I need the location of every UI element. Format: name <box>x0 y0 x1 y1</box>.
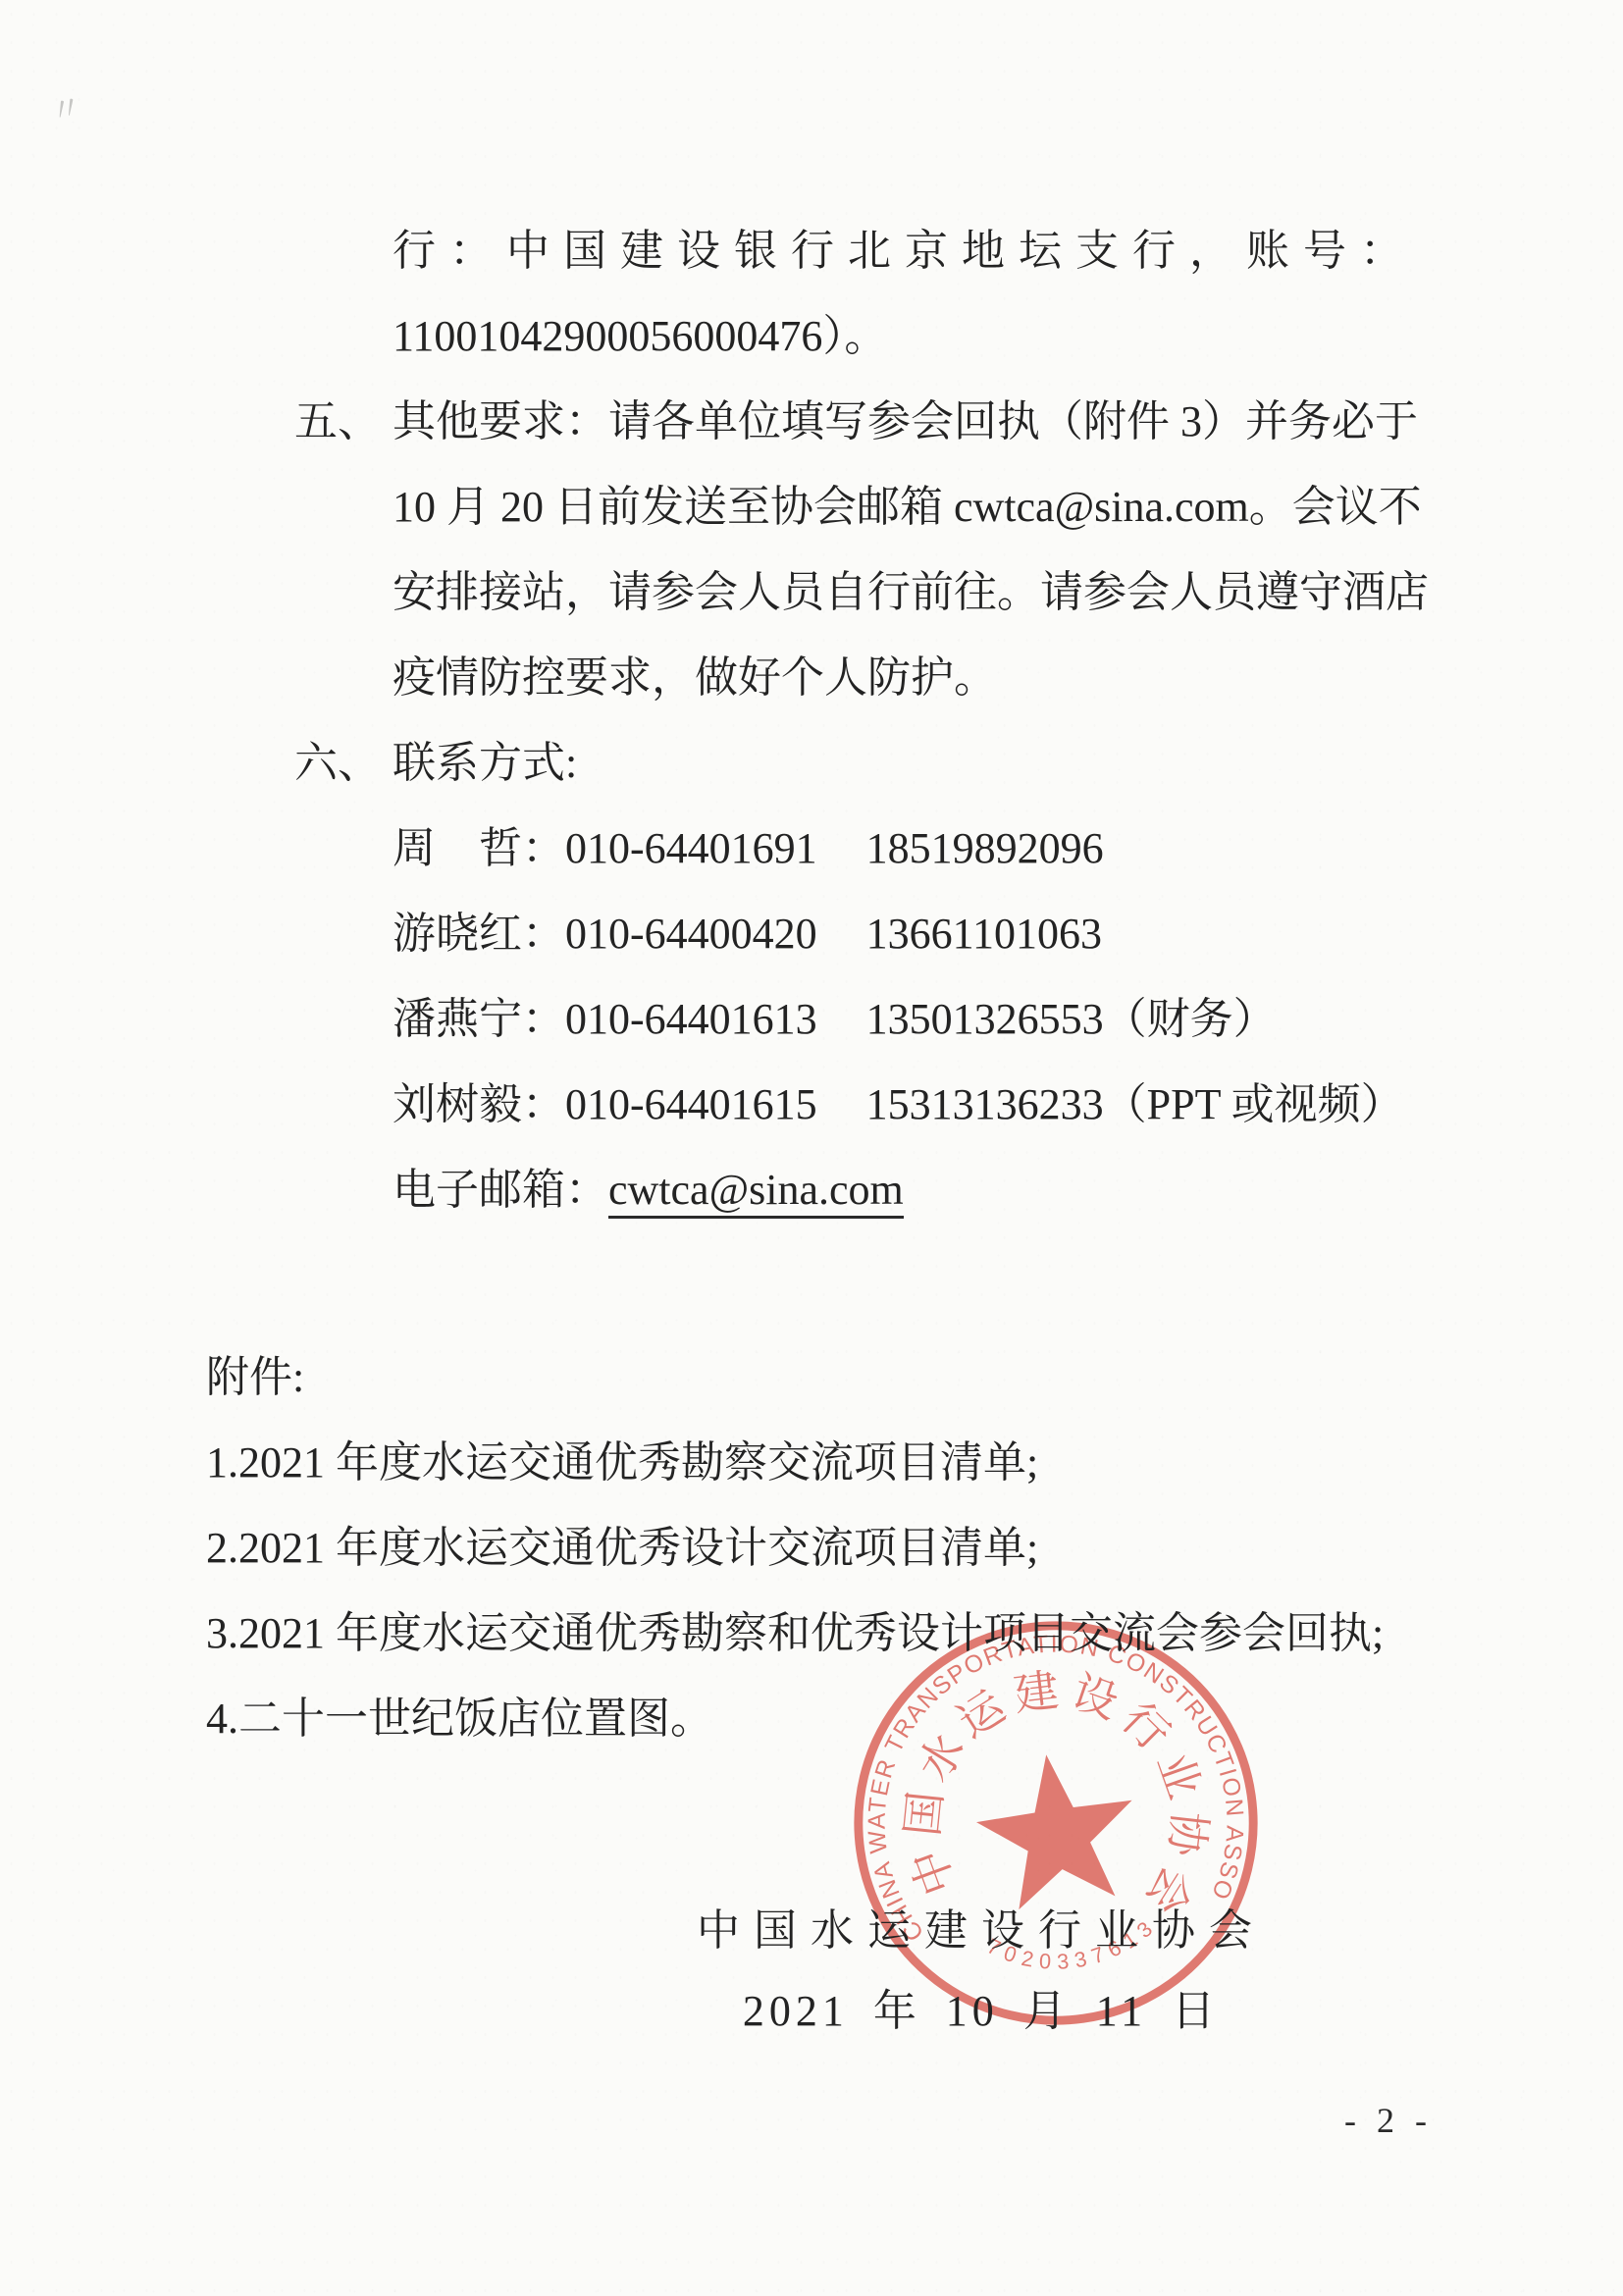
contact-row: 刘树毅：010-6440161515313136233（PPT 或视频） <box>206 1062 1433 1147</box>
contact-name: 潘燕宁： <box>393 995 565 1043</box>
contact-name: 刘树毅： <box>393 1080 565 1128</box>
contact-mobile: 18519892096 <box>866 806 1104 891</box>
contact-phone: 010-64400420 <box>565 891 817 976</box>
contact-name: 游晓红： <box>393 910 565 958</box>
signature-block: 中国水运建设行业协会 2021 年 10 月 11 日 <box>687 1902 1276 2041</box>
contact-phone: 010-64401615 <box>565 1062 817 1147</box>
section-6-heading: 六、联系方式: <box>206 720 1433 806</box>
bank-info-line: 行：中国建设银行北京地坛支行，账号： <box>206 208 1433 293</box>
contact-row: 潘燕宁：010-6440161313501326553（财务） <box>206 976 1433 1062</box>
scanned-document-page: { "doc": { "cont_line_1": "行：中国建设银行北京地坛支… <box>0 0 1623 2296</box>
document-body: 行：中国建设银行北京地坛支行，账号： 11001042900056000476）… <box>206 208 1433 1761</box>
contact-note: （财务） <box>1104 976 1277 1062</box>
contact-mobile: 15313136233 <box>866 1062 1104 1147</box>
bank-account-number: 11001042900056000476）。 <box>206 293 1433 379</box>
section-6-title: 联系方式: <box>393 739 577 787</box>
contact-row: 游晓红：010-6440042013661101063 <box>206 891 1433 976</box>
attachment-item: 4.二十一世纪饭店位置图。 <box>206 1676 1433 1761</box>
attachment-item: 2.2021 年度水运交通优秀设计交流项目清单; <box>206 1505 1433 1591</box>
contact-mobile: 13501326553 <box>866 976 1104 1062</box>
section-5-label: 五、 <box>294 379 393 464</box>
contact-phone: 010-64401691 <box>565 806 817 891</box>
page-number: - 2 - <box>1344 2100 1433 2141</box>
contact-phone: 010-64401613 <box>565 976 817 1062</box>
seal-star-icon <box>969 1744 1145 1913</box>
email-row: 电子邮箱：cwtca@sina.com <box>206 1147 1433 1232</box>
section-5-line-4: 疫情防控要求，做好个人防护。 <box>206 635 1433 720</box>
attachments-section: 附件: 1.2021 年度水运交通优秀勘察交流项目清单; 2.2021 年度水运… <box>206 1334 1433 1761</box>
attachments-title: 附件: <box>206 1334 1433 1420</box>
attachment-item: 1.2021 年度水运交通优秀勘察交流项目清单; <box>206 1420 1433 1505</box>
scan-artifact-mark: 〃 <box>44 79 86 133</box>
section-5-line-2: 10 月 20 日前发送至协会邮箱 cwtca@sina.com。会议不 <box>206 464 1433 549</box>
email-label: 电子邮箱： <box>393 1166 608 1214</box>
contact-note: （PPT 或视频） <box>1104 1062 1404 1147</box>
section-6-label: 六、 <box>294 720 393 806</box>
contact-row: 周 哲：010-6440169118519892096 <box>206 806 1433 891</box>
attachment-item: 3.2021 年度水运交通优秀勘察和优秀设计项目交流会参会回执; <box>206 1591 1433 1676</box>
section-5-line-1: 五、其他要求：请各单位填写参会回执（附件 3）并务必于 <box>206 379 1433 464</box>
signature-date: 2021 年 10 月 11 日 <box>687 1982 1276 2041</box>
email-address: cwtca@sina.com <box>608 1166 904 1219</box>
section-5-text-1: 其他要求：请各单位填写参会回执（附件 3）并务必于 <box>393 397 1418 445</box>
signature-organization: 中国水运建设行业协会 <box>687 1902 1276 1960</box>
section-5-line-3: 安排接站，请参会人员自行前往。请参会人员遵守酒店 <box>206 549 1433 635</box>
contact-name: 周 哲： <box>393 824 565 872</box>
contact-mobile: 13661101063 <box>866 891 1102 976</box>
